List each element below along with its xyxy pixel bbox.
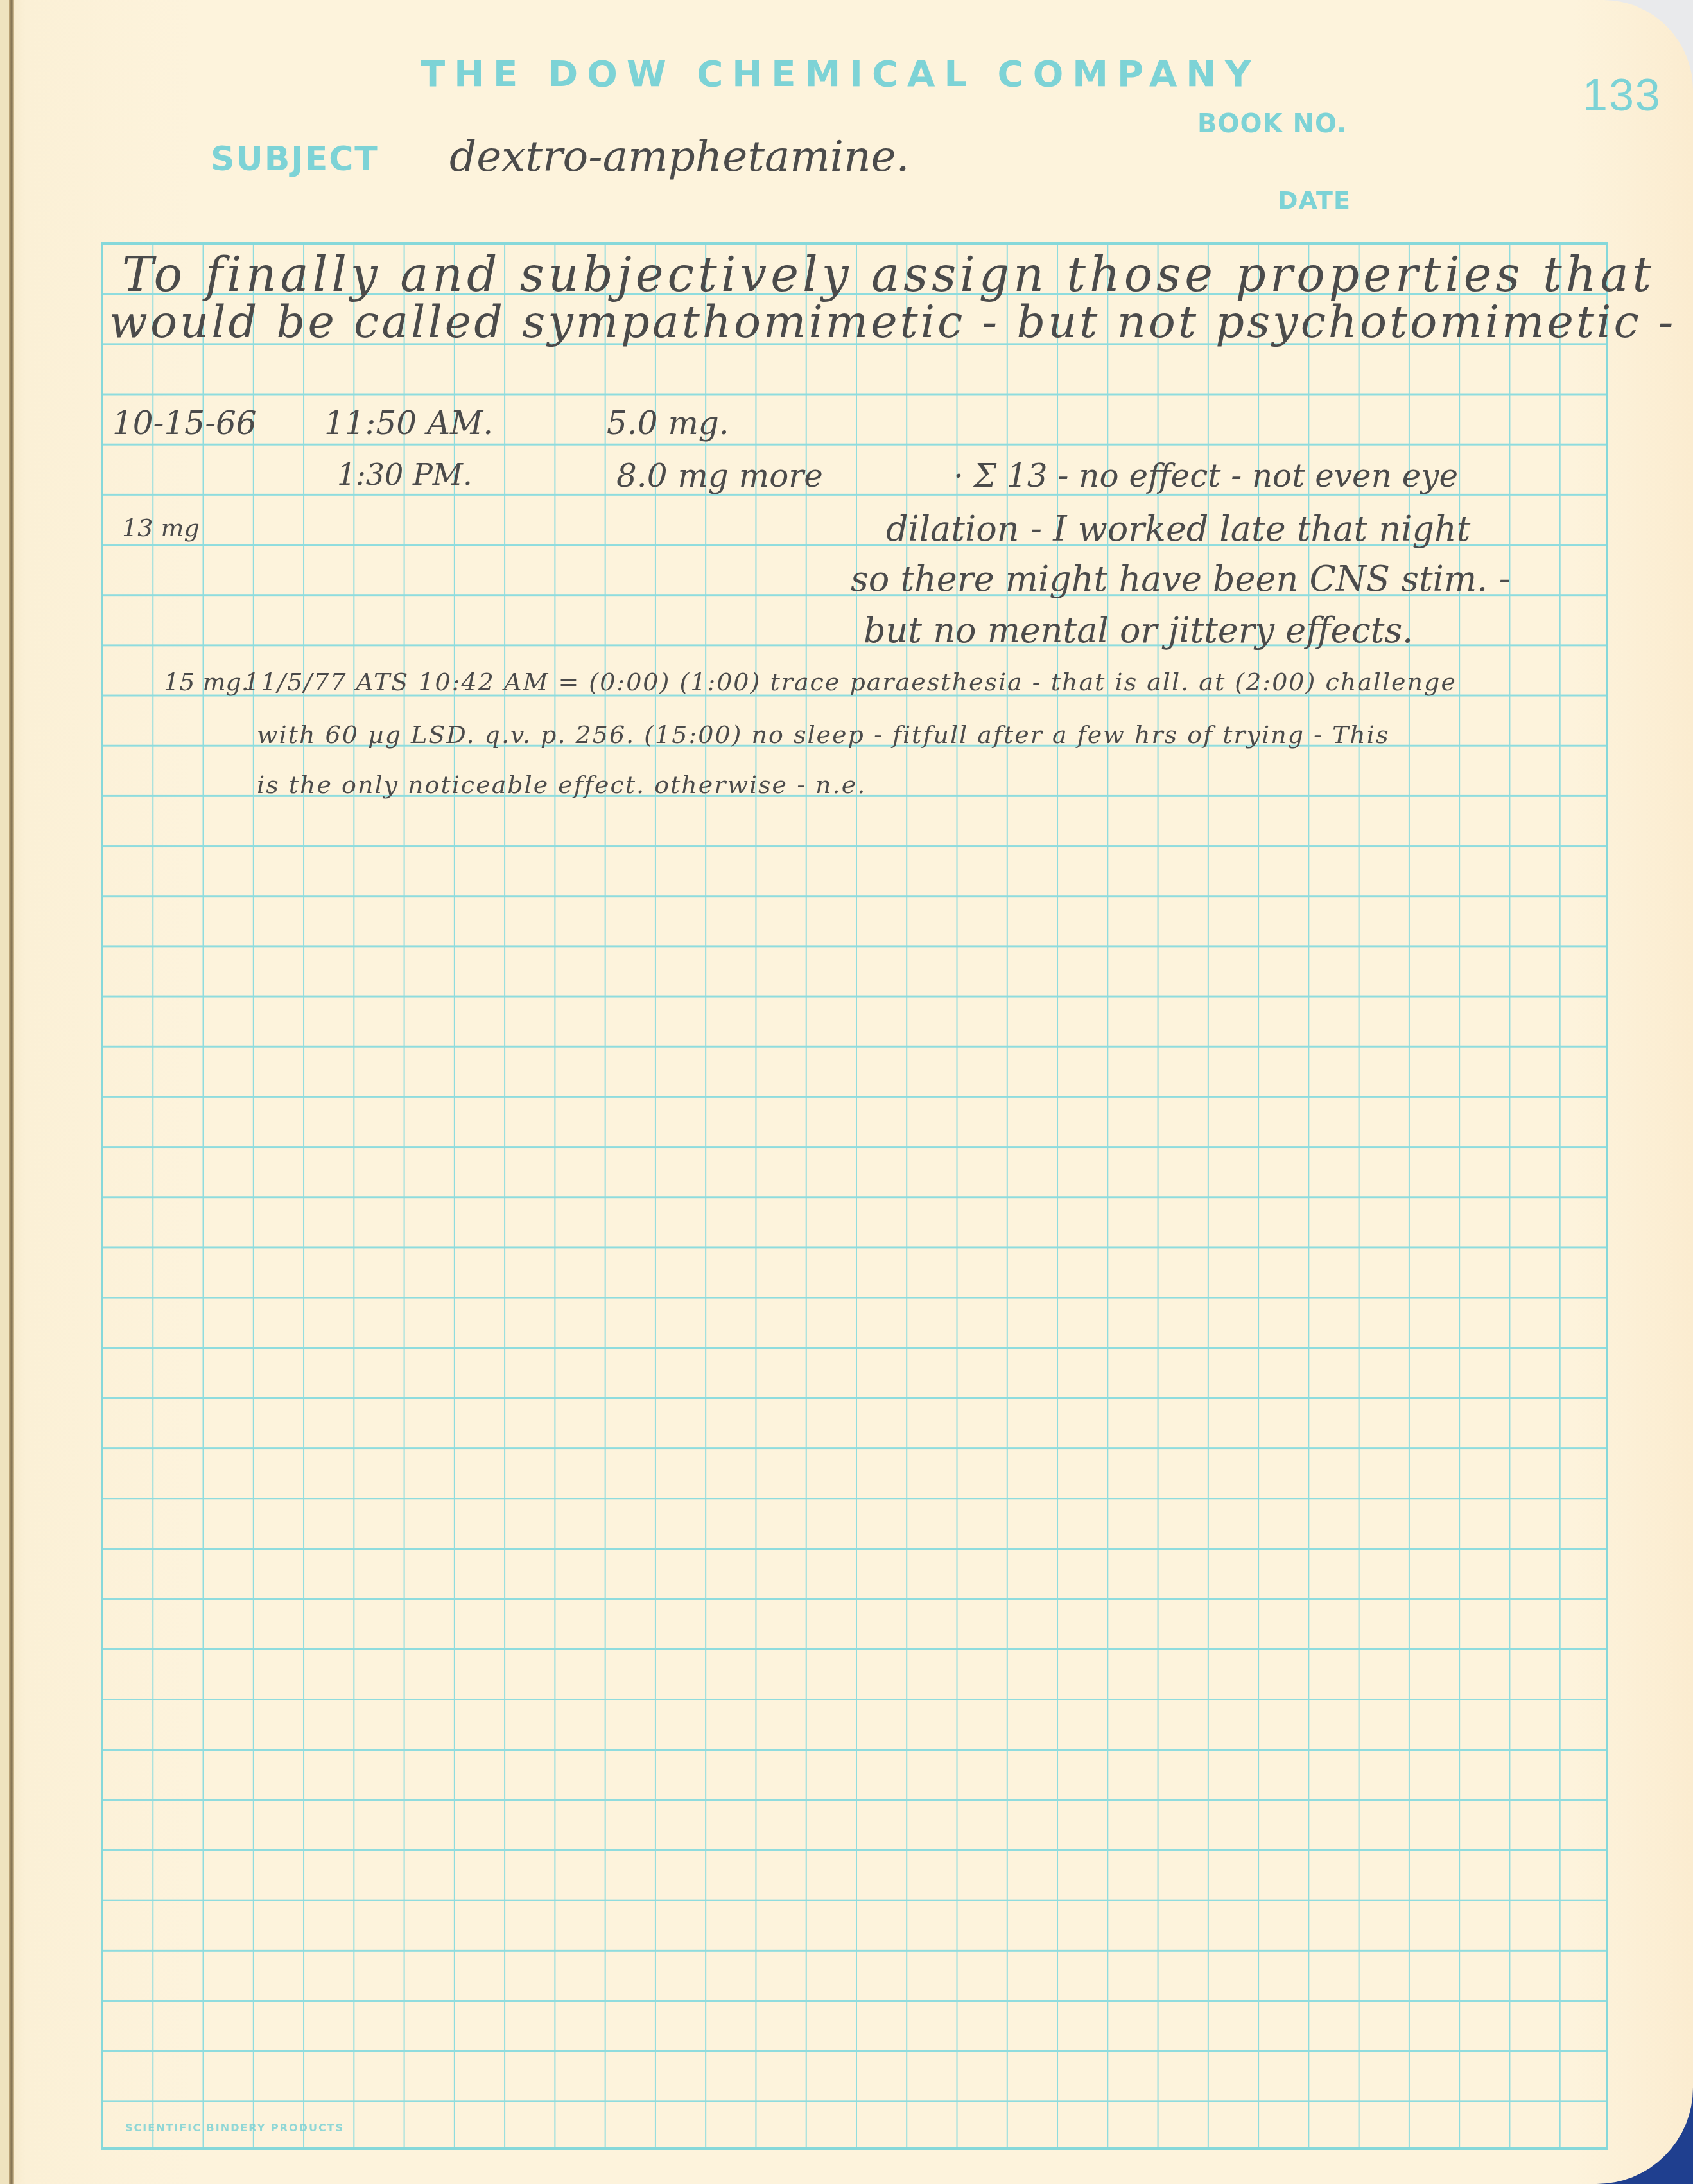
entry-1-dose-1-time: 11:50 AM. bbox=[324, 405, 493, 442]
binding-margin bbox=[0, 0, 9, 2184]
entry-2-note-2: with 60 µg LSD. q.v. p. 256. (15:00) no … bbox=[257, 721, 1390, 749]
entry-2-dose-margin: 15 mg. bbox=[164, 668, 249, 696]
entry-1-note-3: so there might have been CNS stim. - bbox=[851, 559, 1511, 599]
intro-line-1: To finally and subjectively assign those… bbox=[122, 247, 1655, 302]
book-no-label: BOOK NO. bbox=[1197, 109, 1347, 139]
date-label: DATE bbox=[1278, 186, 1351, 214]
entry-1-dose-2-amount: 8.0 mg more bbox=[616, 457, 823, 494]
entry-1-note-1: · Σ 13 - no effect - not even eye bbox=[953, 457, 1458, 494]
entry-1-total-margin: 13 mg bbox=[122, 514, 200, 542]
entry-1-dose-2-time: 1:30 PM. bbox=[337, 457, 473, 492]
binding-edge bbox=[9, 0, 14, 2184]
entry-1-date: 10-15-66 bbox=[112, 405, 257, 442]
company-header: THE DOW CHEMICAL COMPANY bbox=[421, 53, 1260, 95]
entry-1-dose-1-amount: 5.0 mg. bbox=[607, 405, 729, 442]
subject-label: SUBJECT bbox=[211, 140, 379, 179]
page-number: 133 bbox=[1583, 69, 1662, 121]
entry-2-note-3: is the only noticeable effect. otherwise… bbox=[257, 771, 866, 799]
intro-line-2: would be called sympathomimetic - but no… bbox=[109, 295, 1676, 348]
entry-1-note-4: but no mental or jittery effects. bbox=[864, 610, 1413, 651]
printer-imprint: SCIENTIFIC BINDERY PRODUCTS bbox=[125, 2122, 344, 2134]
entry-2-note-1: 11/5/77 ATS 10:42 AM = (0:00) (1:00) tra… bbox=[244, 668, 1457, 696]
notebook-page: THE DOW CHEMICAL COMPANY 133 BOOK NO. SU… bbox=[0, 0, 1693, 2184]
entry-1-note-2: dilation - I worked late that night bbox=[886, 509, 1471, 549]
subject-value: dextro-amphetamine. bbox=[449, 132, 910, 181]
